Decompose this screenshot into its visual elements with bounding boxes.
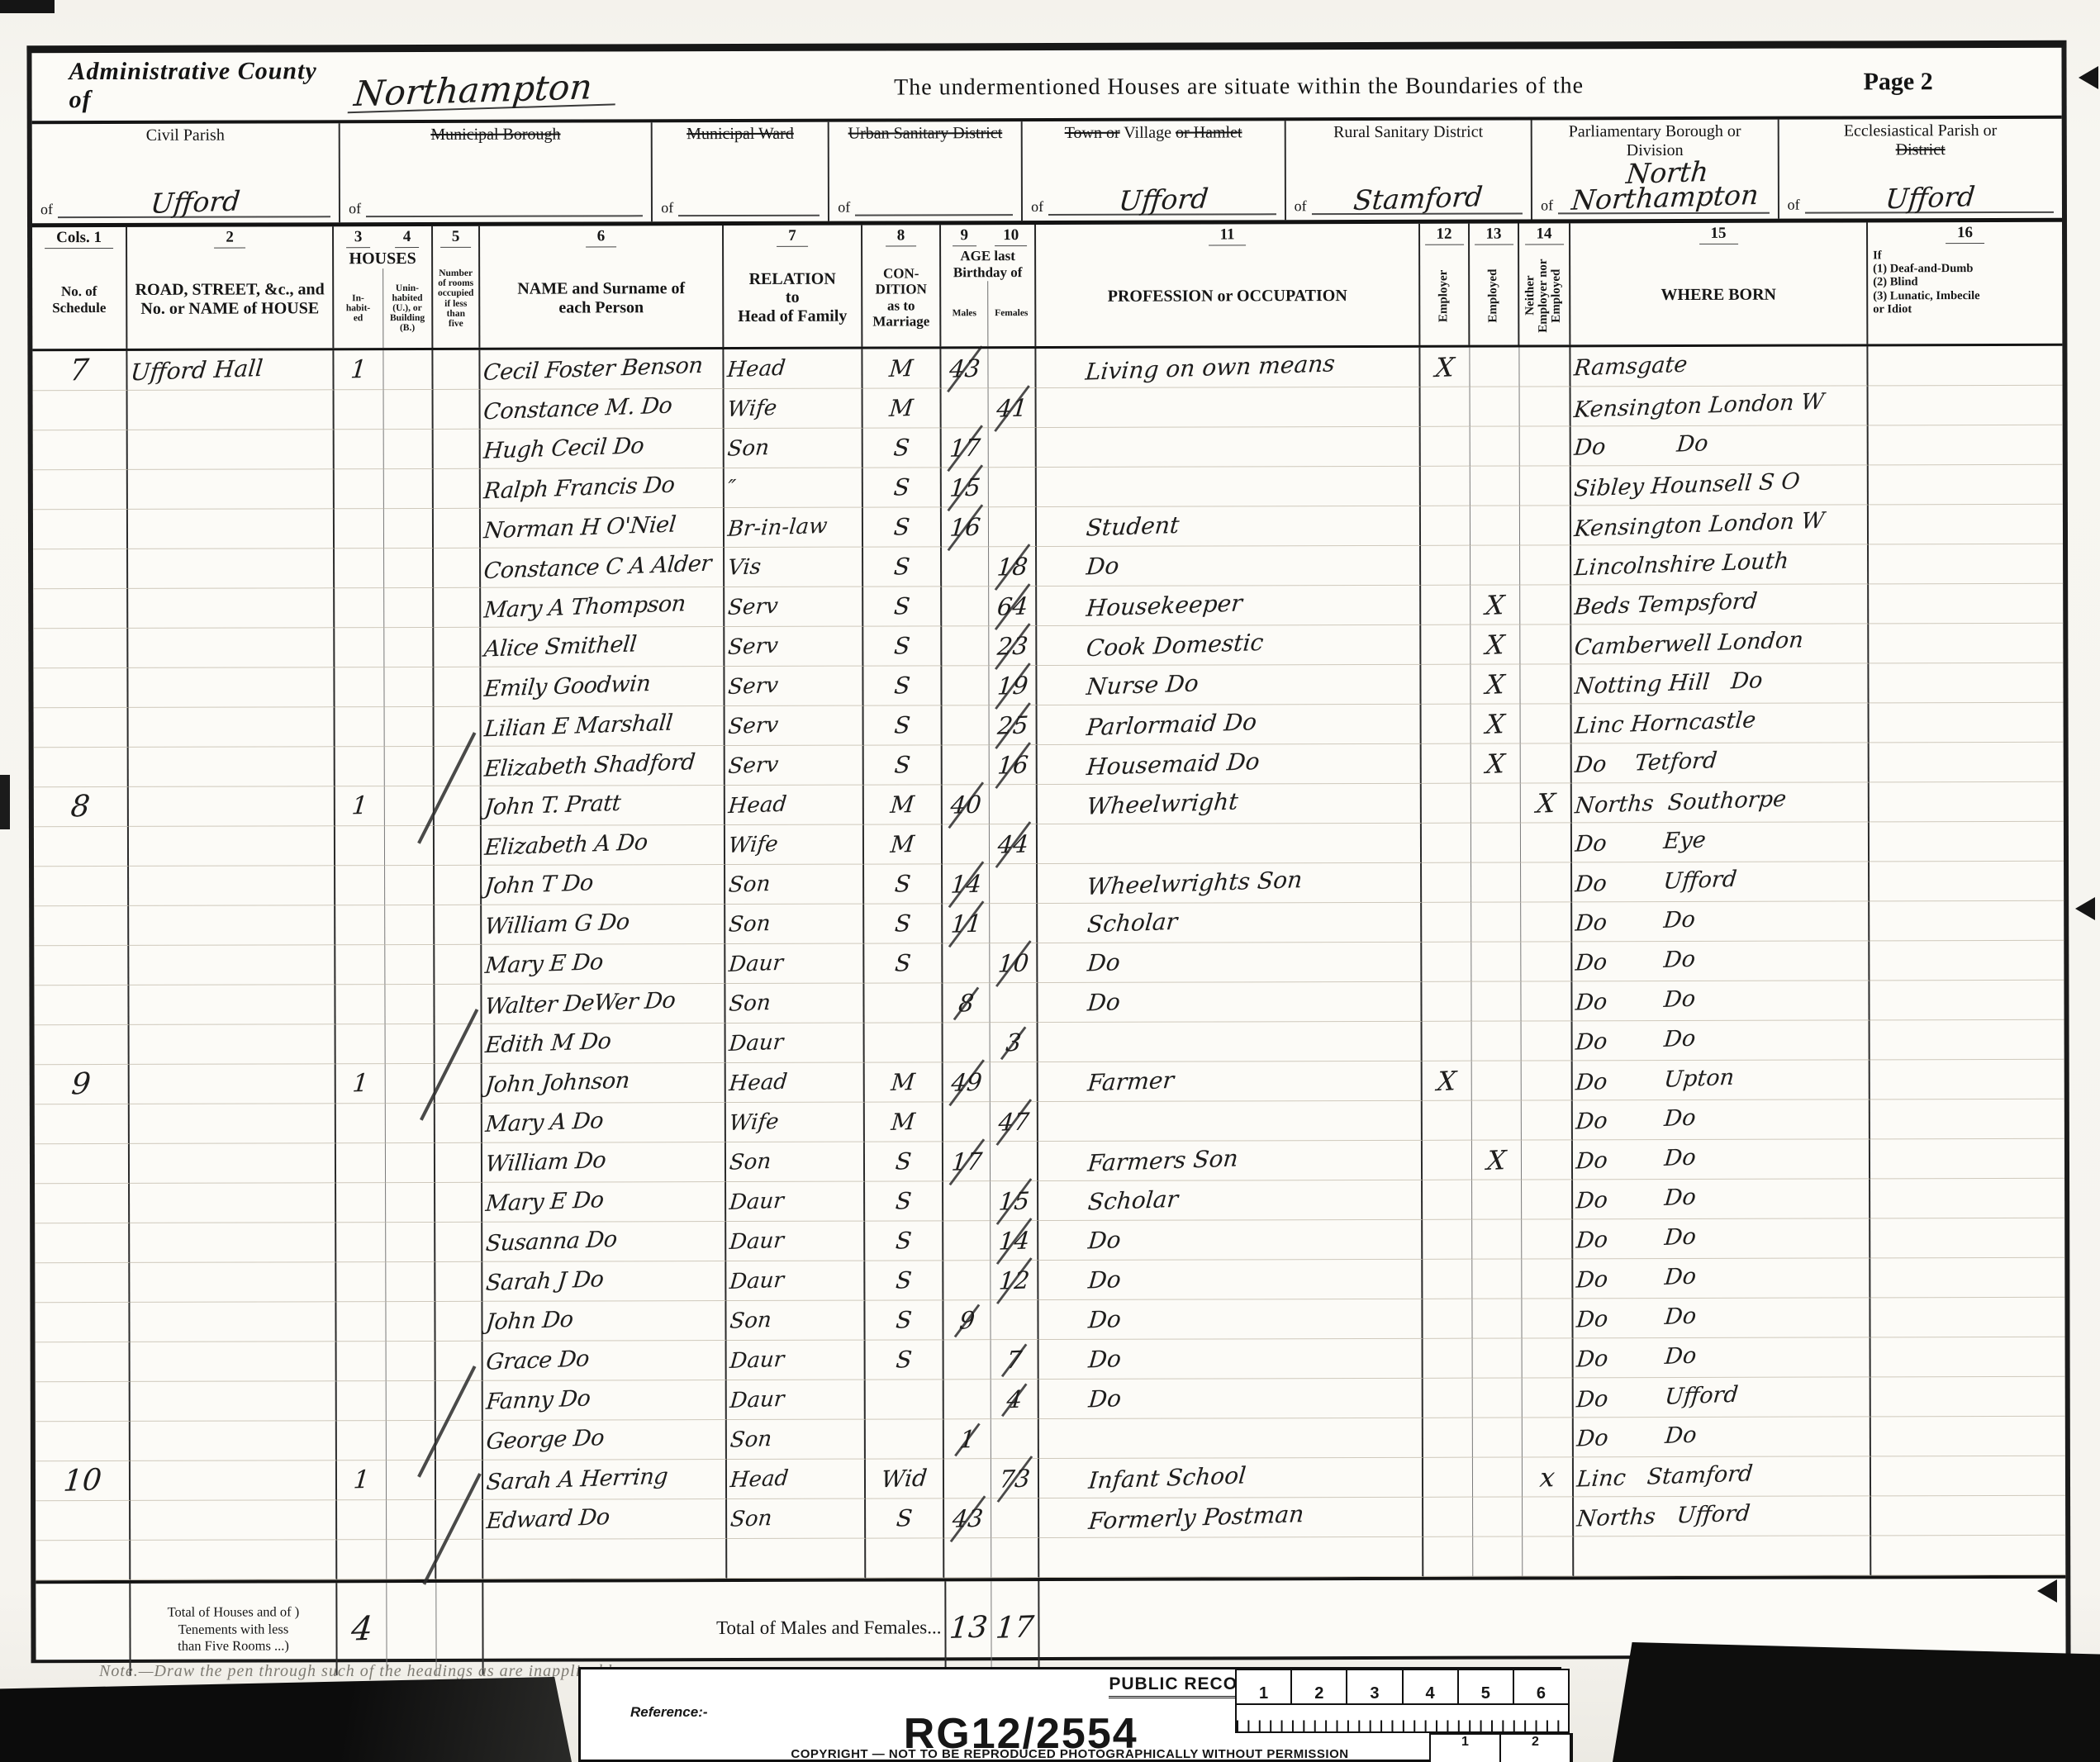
cell-e13 (1471, 903, 1521, 943)
cell-cond: S (863, 626, 942, 666)
cell-rooms (434, 469, 481, 509)
cell-uninh (386, 1262, 435, 1302)
cell-road (130, 1104, 336, 1144)
cell-rel: Wife (725, 825, 864, 865)
cell-value: Serv (727, 672, 779, 699)
cell-inh (335, 945, 385, 985)
cell-inf (1869, 663, 2063, 704)
cell-rel: Head (724, 349, 862, 389)
cell-inf (1870, 743, 2064, 783)
cell-value: Head (726, 355, 786, 382)
cell-e13 (1470, 427, 1520, 467)
district-box: Urban Sanitary Districtof (829, 121, 1023, 221)
cell-e12 (1421, 387, 1470, 427)
cell-born: Lincolnshire Louth (1571, 544, 1869, 585)
cell-road (130, 1064, 336, 1104)
col-label: No. of Schedule (32, 250, 126, 349)
cell-value: S (894, 870, 912, 898)
cell-road (129, 985, 335, 1025)
cell-uninh (387, 1460, 436, 1500)
cell-e14 (1523, 1418, 1574, 1457)
table-row: Grace DoDaurS7DoDo Do (36, 1337, 2065, 1382)
cell-rooms (435, 1143, 482, 1183)
cell-am: 43 (941, 349, 988, 388)
cell-af (990, 983, 1038, 1023)
cell-occ: Do (1038, 1220, 1423, 1261)
cell-value: Do Ufford (1575, 1382, 1739, 1413)
col-label: Employed (1487, 269, 1500, 323)
district-label: Urban Sanitary District (838, 124, 1013, 163)
cell-am (942, 547, 989, 587)
cell-rooms (433, 350, 480, 390)
cell-am (942, 666, 989, 705)
cell-value: M (890, 1068, 916, 1096)
cell-value: Serv (727, 712, 779, 739)
cell-occ: Do (1038, 982, 1422, 1023)
cell-road (130, 1262, 336, 1303)
cell-value: Do (1086, 552, 1120, 580)
cell-e13 (1470, 467, 1520, 506)
cell-e12 (1421, 665, 1470, 705)
cell-inh (337, 1381, 387, 1421)
cell-sched (35, 1303, 130, 1342)
cell-cond: S (864, 705, 943, 745)
cell-e12 (1422, 784, 1471, 824)
cell-name: Mary E Do (482, 944, 725, 985)
cell-occ: Do (1037, 546, 1421, 587)
cell-e13 (1472, 1299, 1522, 1339)
col-number: 6 (586, 227, 617, 247)
cell-rel: Son (725, 905, 864, 944)
district-value-line: Stamford (1311, 188, 1523, 215)
colhead-schedule: Cols. 1 No. of Schedule (32, 227, 127, 349)
colhead-infirmities: 16 If (1) Deaf-and-Dumb (2) Blind (3) Lu… (1868, 222, 2062, 344)
cell-e12 (1422, 943, 1471, 982)
cell-e12 (1423, 1379, 1473, 1418)
cell-sched (35, 1263, 130, 1303)
table-row: Alice SmithellServS23Cook DomesticXCambe… (33, 624, 2063, 668)
ruler-ticks (1237, 1705, 1568, 1733)
ruler-number: 2 (1292, 1670, 1347, 1703)
cell-value: Do Do (1575, 1145, 1697, 1175)
cell-value: S (893, 553, 911, 581)
cell-inf (1870, 862, 2064, 902)
cell-am (943, 1181, 991, 1221)
reference-label: Reference:- (630, 1704, 708, 1721)
cell-value: X (1436, 1065, 1457, 1097)
cell-value: Do (1087, 1305, 1122, 1333)
cell-sched (35, 1104, 130, 1144)
cell-am (943, 943, 990, 983)
cell-value: Daur (729, 1188, 785, 1214)
cell-uninh (384, 509, 434, 549)
scan-edge-mark (0, 0, 55, 13)
district-label: Parliamentary Borough or Division (1541, 122, 1770, 161)
cell-value: Mary A Thompson (482, 591, 687, 623)
cell-sched (35, 1223, 130, 1263)
cell-am: 49 (943, 1062, 991, 1102)
cell-road: Ufford Hall (127, 350, 334, 391)
cell-born: Do Do (1574, 1337, 1871, 1378)
cell-value: Son (726, 435, 770, 462)
cell-value: 4 (1005, 1384, 1024, 1413)
cell-value: 7 (69, 354, 91, 388)
cell-value: 17 (950, 1147, 983, 1175)
cell-cond: S (863, 468, 942, 507)
cell-value: X (1535, 787, 1556, 819)
cell-name: Fanny Do (483, 1380, 727, 1421)
admin-county-label: Administrative County of (69, 57, 335, 114)
cell-am (943, 824, 990, 864)
cell-sched (35, 1025, 130, 1065)
cell-value: 47 (997, 1107, 1030, 1136)
cell-sched (33, 668, 128, 708)
cell-e14 (1521, 942, 1572, 981)
cell-value: George Do (485, 1425, 605, 1455)
of-label: of (1031, 198, 1043, 216)
cell-value: Do (1086, 948, 1121, 976)
cell-rel: Son (726, 1301, 865, 1341)
cell-rel: Son (726, 1142, 865, 1182)
cell-cond: M (864, 785, 943, 824)
cell-am (944, 1380, 991, 1419)
district-value: Stamford (1352, 185, 1484, 213)
cell-e13: X (1471, 705, 1521, 744)
cell-e14 (1521, 704, 1572, 743)
cell-rel: Daur (726, 1023, 865, 1063)
cell-road (128, 469, 335, 510)
cell-cond: S (863, 587, 942, 626)
cell-rel: Daur (727, 1380, 866, 1420)
cell-inf (1871, 1417, 2065, 1457)
table-row: Mary E DoDaurS10DoDo Do (34, 941, 2064, 985)
cell-e12 (1423, 1022, 1472, 1061)
cell-rooms (435, 1104, 482, 1143)
cell-value: M (891, 1108, 917, 1136)
cell-cond: S (865, 1261, 943, 1300)
cell-e14 (1521, 981, 1572, 1021)
district-value-line (678, 202, 820, 216)
cell-value: Living on own means (1085, 349, 1337, 385)
table-row: John T DoSonS14Wheelwrights SonDo Ufford (34, 862, 2064, 906)
cell-am (942, 587, 989, 626)
cell-value: S (892, 513, 910, 541)
col-number: 13 (1475, 226, 1513, 245)
cell-value: Do Do (1575, 947, 1697, 976)
cell-value: M (890, 830, 916, 858)
census-form: Administrative County of Northampton The… (26, 40, 2070, 1663)
cell-value: X (1485, 589, 1506, 621)
cell-e14 (1522, 1140, 1573, 1180)
cell-rooms (435, 826, 482, 866)
cell-af: 41 (989, 388, 1037, 428)
cell-uninh (385, 945, 435, 985)
cell-inh (335, 549, 384, 588)
cell-rel: Serv (725, 587, 863, 627)
cell-name: Sarah J Do (482, 1261, 726, 1302)
table-row (36, 1536, 2065, 1580)
cell-rooms (435, 1183, 482, 1223)
cell-inh (337, 1540, 387, 1579)
table-row: Constance C A AlderVisS18DoLincolnshire … (33, 544, 2063, 589)
col-label: RELATION to Head of Family (724, 249, 861, 347)
cell-name: Lilian E Marshall (482, 706, 725, 747)
cell-uninh (387, 1381, 436, 1421)
cell-sched (35, 1184, 130, 1223)
table-row: Lilian E MarshallServS25Parlormaid DoXLi… (34, 703, 2064, 748)
cell-am: 17 (942, 428, 989, 468)
cell-value: 10 (62, 1463, 103, 1498)
cell-value: S (893, 672, 911, 700)
cell-born: Do Do (1573, 1179, 1870, 1219)
cell-am (943, 1023, 991, 1062)
cell-sched (33, 549, 128, 589)
cell-value: 64 (995, 591, 1029, 620)
col-number: 11 (1209, 226, 1247, 245)
cell-name: John Do (482, 1301, 726, 1342)
cell-value: 14 (997, 1226, 1030, 1255)
cell-am: 40 (943, 785, 990, 824)
cell-cond: M (865, 1102, 943, 1142)
cell-uninh (383, 350, 433, 390)
colhead-neither: 14 Neither Employer nor Employed (1519, 223, 1570, 344)
cell-sched (34, 708, 129, 748)
cell-value: S (893, 632, 911, 660)
cell-e13: X (1471, 744, 1521, 784)
col-label: Employer (1437, 270, 1451, 322)
cell-e13 (1470, 546, 1520, 586)
cell-e12 (1421, 625, 1470, 665)
cell-rel: Br-in-law (725, 508, 863, 548)
cell-e13 (1471, 863, 1521, 903)
cell-value: M (888, 394, 915, 422)
cell-value: Br-in-law (726, 513, 828, 541)
cell-value: 8 (69, 790, 92, 824)
cell-inh (335, 588, 384, 628)
cell-occ: Farmer (1038, 1061, 1423, 1102)
cell-inh (335, 469, 384, 509)
cell-inh (337, 1342, 387, 1381)
cell-value: Do Do (1575, 986, 1697, 1016)
cell-e13 (1473, 1537, 1523, 1577)
cell-born: Do Do (1572, 981, 1870, 1021)
cell-born: Do Do (1572, 901, 1870, 942)
col-label: PROFESSION or OCCUPATION (1036, 247, 1418, 346)
cell-rel (727, 1539, 866, 1579)
total-houses-value: 4 (349, 1610, 374, 1649)
cell-name: Elizabeth Shadford (482, 746, 725, 786)
cell-value: Cook Domestic (1086, 629, 1265, 662)
cell-value: Son (728, 990, 772, 1017)
cell-value: ″ (726, 475, 736, 500)
cell-inh: 1 (336, 1064, 386, 1104)
table-row: Susanna DoDaurS14DoDo Do (35, 1218, 2064, 1263)
cell-value: 12 (997, 1266, 1030, 1294)
cell-cond: S (863, 428, 942, 468)
cell-inh (335, 826, 385, 866)
cell-rel: Wife (725, 389, 863, 429)
colhead-houses-group: 3 4 HOUSES In- habit- ed Unin- habited (… (334, 226, 433, 348)
cell-e12 (1421, 506, 1470, 546)
cell-name: Grace Do (483, 1341, 727, 1381)
district-label: Municipal Ward (661, 125, 820, 164)
cell-rooms (435, 707, 482, 747)
cell-occ (1037, 387, 1421, 428)
ruler-strip: 1 2 3 4 5 6 (1235, 1669, 1570, 1733)
cell-inh (335, 628, 384, 667)
cell-inh (335, 866, 385, 905)
cell-uninh (386, 1024, 435, 1064)
cell-e14 (1522, 1180, 1573, 1219)
cell-value: 41 (995, 393, 1029, 422)
cell-rel: Daur (726, 1182, 865, 1222)
cell-road (128, 667, 335, 708)
cell-value: 3 (1005, 1028, 1023, 1057)
cell-uninh (385, 905, 435, 945)
cell-value: M (888, 354, 915, 382)
cell-value: Head (728, 1069, 788, 1095)
cell-inh (336, 1223, 386, 1262)
cell-value: Mary A Do (484, 1108, 604, 1137)
cell-af: 18 (989, 547, 1037, 587)
cell-value: Do Tetford (1574, 748, 1718, 778)
cell-value: Daur (729, 1228, 785, 1254)
district-value-line: Ufford (1805, 187, 2054, 213)
cell-rooms (435, 866, 482, 905)
cell-inf (1870, 1179, 2064, 1219)
cell-name: Mary E Do (482, 1182, 726, 1223)
table-row: William DoSonS17Farmers SonXDo Do (35, 1139, 2064, 1184)
cell-road (129, 945, 335, 985)
cell-cond: M (865, 1062, 943, 1102)
cell-rel: Serv (725, 706, 864, 746)
cell-am: 14 (943, 864, 990, 904)
col-label-males: Males (941, 281, 988, 346)
cell-occ: Parlormaid Do (1038, 705, 1422, 745)
table-row: Mary A ThompsonServS64HousekeeperXBeds T… (33, 584, 2063, 629)
cell-e12 (1423, 1141, 1472, 1180)
cell-uninh (385, 826, 435, 866)
cell-e13 (1473, 1458, 1523, 1498)
cell-value: S (894, 949, 912, 977)
col-number: 3 (346, 228, 371, 248)
cell-e12 (1423, 1339, 1473, 1379)
cell-value: Ramsgate (1573, 352, 1689, 382)
cell-sched (34, 906, 129, 946)
cell-road (128, 549, 335, 589)
cell-e13: X (1470, 586, 1520, 625)
col-number: 4 (395, 228, 420, 248)
district-value: Ufford (1118, 187, 1209, 214)
cell-am (944, 1340, 991, 1380)
table-row: Mary E DoDaurS15ScholarDo Do (35, 1179, 2064, 1223)
cell-born: Do Do (1573, 1298, 1870, 1338)
cell-sched: 9 (35, 1065, 130, 1104)
cell-value: 11 (949, 909, 982, 938)
table-row: Edward DoSonS43Formerly PostmanNorths Uf… (36, 1496, 2065, 1541)
cell-cond: S (865, 1142, 943, 1181)
cell-road (128, 390, 335, 430)
cell-inf (1869, 505, 2063, 545)
colhead-road: 2 ROAD, STREET, &c., and No. or NAME of … (127, 226, 334, 349)
cell-af: 19 (989, 666, 1037, 705)
district-box: Town or Village or HamletofUfford (1023, 121, 1286, 221)
cell-uninh (386, 1143, 435, 1183)
cell-e14 (1522, 1061, 1573, 1100)
cell-name: Norman H O'Niel (481, 508, 725, 549)
cell-af (990, 864, 1038, 904)
cell-value: X (1485, 708, 1506, 740)
of-label: of (661, 199, 673, 216)
cell-name: William G Do (482, 905, 725, 945)
cell-occ: Housemaid Do (1038, 744, 1422, 785)
district-box: Rural Sanitary DistrictofStamford (1285, 120, 1532, 220)
cell-inf (1871, 1536, 2065, 1576)
cell-am: 9 (943, 1300, 991, 1340)
cell-inh (336, 1262, 386, 1302)
cell-born: Linc Stamford (1574, 1456, 1871, 1497)
cell-value: 18 (995, 552, 1029, 581)
cell-e14 (1523, 1338, 1574, 1378)
cell-uninh (384, 430, 434, 469)
table-row: Emily GoodwinServS19Nurse DoXNotting Hil… (33, 663, 2063, 708)
cell-inh: 1 (334, 350, 383, 390)
district-label: Ecclesiastical Parish or District (1787, 121, 2053, 160)
cell-e14 (1522, 1021, 1573, 1061)
page-number: Page 2 (1864, 68, 2062, 97)
cell-occ: Do (1039, 1379, 1423, 1419)
cell-value: Norths Ufford (1575, 1501, 1751, 1532)
cell-rooms (434, 588, 481, 628)
cell-sched (34, 867, 129, 906)
cell-rooms (435, 1064, 482, 1104)
cell-value: 16 (948, 512, 981, 541)
cell-sched (33, 589, 128, 629)
cell-sched: 8 (34, 787, 129, 827)
cell-uninh (386, 1223, 435, 1262)
cell-uninh (385, 786, 435, 826)
cell-occ: Formerly Postman (1039, 1498, 1423, 1538)
cell-inh (336, 1104, 386, 1143)
cell-value: Sibley Hounsell S O (1573, 468, 1801, 501)
cell-name: Sarah A Herring (483, 1460, 727, 1500)
col-label-inhabited: In- habit- ed (334, 268, 383, 348)
cell-value: S (895, 1187, 913, 1215)
cell-rel: Daur (726, 1222, 865, 1261)
cell-inf (1870, 1099, 2064, 1140)
cell-road (130, 1024, 336, 1065)
col-number: 10 (995, 226, 1027, 246)
table-row: John DoSonS9DoDo Do (35, 1298, 2064, 1342)
col-number: 8 (886, 226, 917, 246)
cell-value: Serv (727, 633, 779, 659)
cell-name: Ralph Francis Do (481, 468, 725, 509)
cell-uninh (385, 707, 435, 747)
district-value: Ufford (150, 189, 241, 216)
cell-value: 40 (949, 790, 982, 819)
cell-am (944, 1459, 991, 1498)
cell-cond: S (864, 864, 943, 904)
colhead-relation: 7 RELATION to Head of Family (724, 226, 862, 347)
cell-e14 (1523, 1378, 1574, 1418)
cell-born: Do Do (1574, 1417, 1871, 1457)
cell-born: Do Ufford (1574, 1377, 1871, 1418)
cell-e13 (1472, 1061, 1522, 1101)
cell-value: S (896, 1504, 914, 1532)
table-row: 7Ufford Hall1Cecil Foster BensonHeadM43L… (32, 346, 2062, 391)
cell-occ: Do (1039, 1339, 1423, 1380)
cell-value: Lilian E Marshall (483, 710, 673, 743)
